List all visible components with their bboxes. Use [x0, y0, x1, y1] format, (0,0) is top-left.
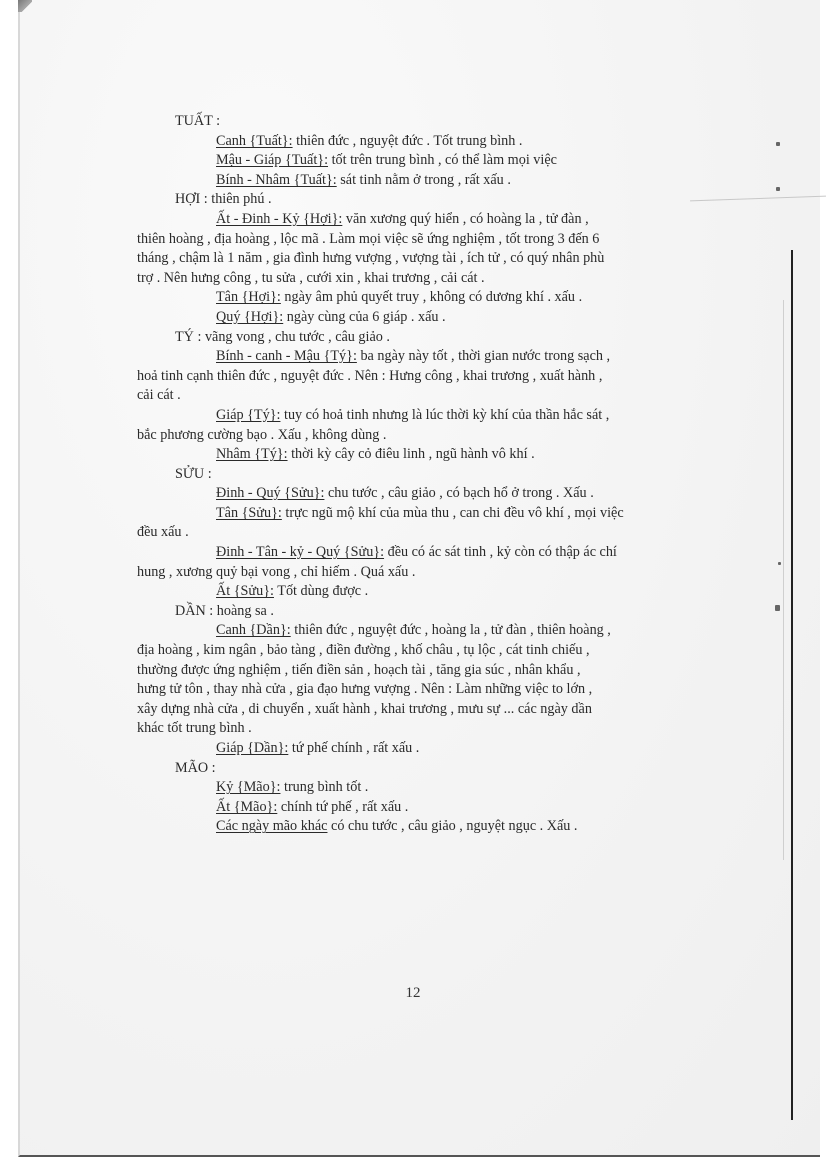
- entry-line: Tân {Hợi}: ngày âm phủ quyết truy , khôn…: [137, 288, 747, 308]
- entry-text: đều có ác sát tinh , kỷ còn có thập ác c…: [384, 544, 617, 560]
- entry-line: Nhâm {Tý}: thời kỳ cây cỏ điêu linh , ng…: [137, 445, 747, 465]
- entry-text: chính tứ phế , rất xấu .: [277, 799, 408, 815]
- entry-continuation: tháng , chậm là 1 năm , gia đình hưng vư…: [137, 249, 747, 269]
- document-body: TUẤT :Canh {Tuất}: thiên đức , nguyệt đứ…: [137, 112, 747, 837]
- entry-continuation: trợ . Nên hưng công , tu sửa , cưới xin …: [137, 269, 747, 289]
- entry-line: Mậu - Giáp {Tuất}: tốt trên trung bình ,…: [137, 151, 747, 171]
- entry-text: ngày âm phủ quyết truy , không có dương …: [281, 289, 582, 305]
- entry-text: Tốt dùng được .: [274, 583, 368, 599]
- entry-key: Ất {Sửu}:: [216, 583, 274, 599]
- punch-mark: [778, 562, 781, 565]
- entry-text: chu tước , câu giảo , có bạch hổ ở trong…: [324, 485, 593, 501]
- section-heading: TUẤT :: [137, 112, 747, 132]
- entry-line: Các ngày mão khác có chu tước , câu giảo…: [137, 817, 747, 837]
- entry-line: Kỷ {Mão}: trung bình tốt .: [137, 778, 747, 798]
- entry-key: Các ngày mão khác: [216, 818, 327, 834]
- entry-text: thời kỳ cây cỏ điêu linh , ngũ hành vô k…: [288, 446, 535, 462]
- page-number: 12: [0, 985, 826, 1002]
- entry-text: thiên đức , nguyệt đức , hoàng la , tử đ…: [291, 622, 611, 638]
- entry-text: thiên đức , nguyệt đức . Tốt trung bình …: [293, 133, 523, 149]
- entry-line: Bính - Nhâm {Tuất}: sát tinh nằm ở trong…: [137, 171, 747, 191]
- punch-mark: [776, 187, 780, 191]
- entry-continuation: địa hoàng , kim ngân , bảo tàng , điền đ…: [137, 641, 747, 661]
- entry-line: Đinh - Quý {Sửu}: chu tước , câu giảo , …: [137, 484, 747, 504]
- entry-continuation: xây dựng nhà cửa , di chuyển , xuất hành…: [137, 700, 747, 720]
- entry-line: Ất {Sửu}: Tốt dùng được .: [137, 582, 747, 602]
- entry-continuation: khác tốt trung bình .: [137, 719, 747, 739]
- entry-continuation: bắc phương cường bạo . Xấu , không dùng …: [137, 426, 747, 446]
- entry-key: Đinh - Quý {Sửu}:: [216, 485, 324, 501]
- entry-text: tốt trên trung bình , có thể làm mọi việ…: [328, 152, 557, 168]
- entry-text: trung bình tốt .: [280, 779, 368, 795]
- entry-text: văn xương quý hiển , có hoàng la , tử đà…: [342, 211, 588, 227]
- entry-key: Bính - canh - Mậu {Tý}:: [216, 348, 357, 364]
- entry-key: Ất {Mão}:: [216, 799, 277, 815]
- punch-mark: [775, 605, 780, 611]
- entry-line: Giáp {Dần}: tứ phế chính , rất xấu .: [137, 739, 747, 759]
- entry-continuation: thiên hoàng , địa hoàng , lộc mã . Làm m…: [137, 230, 747, 250]
- entry-continuation: hưng tử tôn , thay nhà cửa , gia đạo hưn…: [137, 680, 747, 700]
- section-heading: DẦN : hoàng sa .: [137, 602, 747, 622]
- entry-continuation: hoả tinh cạnh thiên đức , nguyệt đức . N…: [137, 367, 747, 387]
- section-heading: HỢI : thiên phú .: [137, 190, 747, 210]
- entry-text: ngày cùng của 6 giáp . xấu .: [283, 309, 445, 325]
- punch-mark: [776, 142, 780, 146]
- entry-continuation: thường được ứng nghiệm , tiến điền sản ,…: [137, 661, 747, 681]
- entry-key: Kỷ {Mão}:: [216, 779, 280, 795]
- entry-key: Bính - Nhâm {Tuất}:: [216, 172, 337, 188]
- entry-text: tuy có hoả tinh nhưng là lúc thời kỳ khí…: [280, 407, 609, 423]
- entry-line: Canh {Tuất}: thiên đức , nguyệt đức . Tố…: [137, 132, 747, 152]
- entry-key: Giáp {Tý}:: [216, 407, 280, 423]
- entry-line: Canh {Dần}: thiên đức , nguyệt đức , hoà…: [137, 621, 747, 641]
- section-heading: SỬU :: [137, 465, 747, 485]
- entry-line: Ất - Đinh - Kỷ {Hợi}: văn xương quý hiển…: [137, 210, 747, 230]
- entry-continuation: cải cát .: [137, 386, 747, 406]
- entry-key: Nhâm {Tý}:: [216, 446, 288, 462]
- entry-key: Tân {Hợi}:: [216, 289, 281, 305]
- entry-line: Giáp {Tý}: tuy có hoả tinh nhưng là lúc …: [137, 406, 747, 426]
- entry-key: Canh {Dần}:: [216, 622, 291, 638]
- section-heading: TÝ : vãng vong , chu tước , câu giảo .: [137, 328, 747, 348]
- entry-key: Quý {Hợi}:: [216, 309, 283, 325]
- entry-key: Giáp {Dần}:: [216, 740, 288, 756]
- entry-key: Tân {Sửu}:: [216, 505, 282, 521]
- entry-continuation: hung , xương quỷ bại vong , chỉ hiếm . Q…: [137, 563, 747, 583]
- entry-text: trực ngũ mộ khí của mùa thu , can chi đề…: [282, 505, 624, 521]
- entry-line: Bính - canh - Mậu {Tý}: ba ngày này tốt …: [137, 347, 747, 367]
- section-heading: MÃO :: [137, 759, 747, 779]
- entry-key: Ất - Đinh - Kỷ {Hợi}:: [216, 211, 342, 227]
- entry-key: Đinh - Tân - kỷ - Quý {Sửu}:: [216, 544, 384, 560]
- page-corner-fold: [18, 0, 32, 12]
- binding-shadow-line: [783, 300, 784, 860]
- entry-line: Tân {Sửu}: trực ngũ mộ khí của mùa thu ,…: [137, 504, 747, 524]
- entry-text: sát tinh nằm ở trong , rất xấu .: [337, 172, 511, 188]
- entry-text: ba ngày này tốt , thời gian nước trong s…: [357, 348, 610, 364]
- entry-text: tứ phế chính , rất xấu .: [288, 740, 419, 756]
- entry-continuation: đều xấu .: [137, 523, 747, 543]
- entry-key: Mậu - Giáp {Tuất}:: [216, 152, 328, 168]
- entry-line: Quý {Hợi}: ngày cùng của 6 giáp . xấu .: [137, 308, 747, 328]
- entry-line: Ất {Mão}: chính tứ phế , rất xấu .: [137, 798, 747, 818]
- entry-line: Đinh - Tân - kỷ - Quý {Sửu}: đều có ác s…: [137, 543, 747, 563]
- entry-key: Canh {Tuất}:: [216, 133, 293, 149]
- entry-text: có chu tước , câu giảo , nguyệt ngục . X…: [327, 818, 577, 834]
